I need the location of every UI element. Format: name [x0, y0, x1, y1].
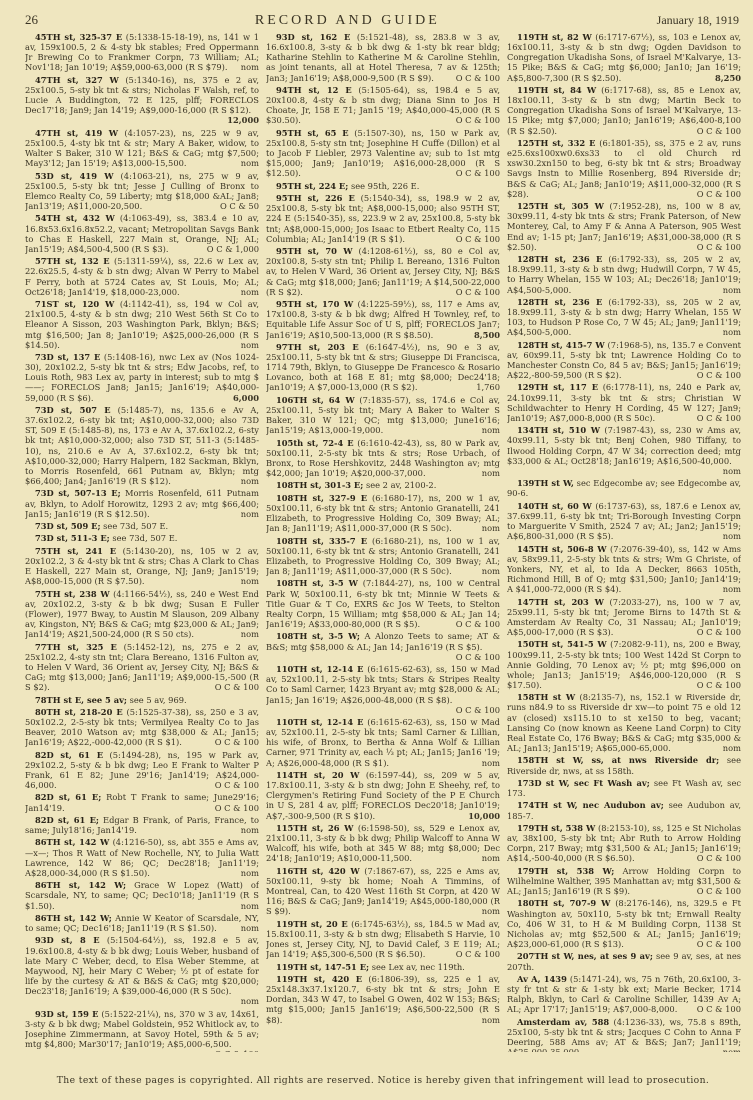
entry-details: see 73d, 507 E.: [101, 521, 169, 531]
conveyance-entry: 75TH st, 238 W (4:1166-54½), ss, 240 e W…: [25, 589, 259, 640]
entry-consideration: nom: [472, 566, 500, 576]
conveyance-entry: 73D st, 137 E (5:1408-16), nwc Lex av (N…: [25, 352, 259, 403]
entry-address: 97TH st, 203 E: [276, 342, 359, 352]
entry-details: see 73d, 507 E.: [110, 533, 178, 543]
conveyance-entry: 54TH st, 432 W (4:1063-49), ss, 383.4 e …: [25, 213, 259, 254]
entry-consideration: nom: [472, 425, 500, 435]
entry-address: 93D st, 8 E: [35, 935, 100, 945]
entry-address: 82D st, 61 E: [35, 750, 103, 760]
conveyance-entry: 128TH st, 236 E (6:1792-33), ss, 205 w 2…: [507, 297, 741, 338]
entry-address: 86TH st, 142 W;: [35, 880, 126, 890]
entry-consideration: O C & 100: [687, 242, 741, 252]
entry-address: 129TH st, 117 E: [517, 382, 598, 392]
conveyance-entry: Amsterdam av, 588 (4:1236-33), ws, 75.8 …: [507, 1017, 741, 1052]
conveyance-entry: 207TH st W, nes, at ses 9 av; see 9 av, …: [507, 951, 741, 971]
conveyance-entry: 82D st, 61 E; Robt T Frank to same; June…: [25, 792, 259, 812]
entry-address: 86TH st, 142 W;: [35, 913, 112, 923]
conveyance-entry: 110TH st, 12-14 E (6:1615-62-63), ss, 15…: [266, 717, 500, 768]
entry-consideration: nom: [231, 825, 259, 835]
entry-address: 93D st, 159 E: [35, 1009, 98, 1019]
entry-consideration: 1,760: [466, 382, 500, 392]
entry-address: 207TH st W, nes, at ses 9 av;: [517, 951, 653, 961]
entry-consideration: nom: [713, 584, 741, 594]
conveyance-entry: 57TH st, 132 E (5:1311-59¼), ss, 22.6 w …: [25, 256, 259, 297]
entry-consideration: nom: [713, 1047, 741, 1052]
conveyance-entry: 73D st, 507 E (5:1485-7), ns, 135.6 e Av…: [25, 405, 259, 486]
entry-consideration: nom: [231, 629, 259, 639]
conveyance-entry: 77TH st, 325 E (5:1452-12), ns, 275 e 2 …: [25, 642, 259, 693]
conveyance-entry: 145TH st, 506-8 W (7:2076-39-40), ss, 14…: [507, 544, 741, 595]
entry-address: 145TH st, 506-8 W: [517, 544, 607, 554]
conveyance-entry: 114TH st, 20 W (6:1597-44), ss, 209 w 5 …: [266, 770, 500, 821]
conveyance-entry: 125TH st, 332 E (6:1801-35), ss, 375 e 2…: [507, 138, 741, 199]
column-3: 119TH st, 82 W (6:1717-67½), ss, 103 e L…: [507, 32, 741, 1052]
entry-consideration: O C & 100: [446, 168, 500, 178]
entry-address: 134TH st, 510 W: [517, 425, 600, 435]
conveyance-entry: 108TH st, 3-5 W; A Alonzo Teets to same;…: [266, 631, 500, 661]
entry-address: 110TH st, 12-14 E: [276, 717, 364, 727]
conveyance-entry: 106TH st, 64 W (7:1835-57), ss, 174.6 e …: [266, 395, 500, 436]
entry-address: 47TH st, 327 W: [35, 75, 119, 85]
page-header: 26 RECORD AND GUIDE January 18, 1919: [25, 12, 739, 28]
entry-consideration: nom: [231, 509, 259, 519]
entry-consideration: nom: [713, 531, 741, 541]
entry-consideration: nom: [231, 996, 259, 1006]
entry-address: 78TH st E, see 5 av;: [35, 695, 127, 705]
entry-consideration: O C & 100: [687, 627, 741, 637]
conveyance-entry: 95TH st, 170 W (4:1225-59½), ss, 117 e A…: [266, 299, 500, 340]
entry-address: 95TH st, 226 E: [276, 193, 355, 203]
entry-details: (5:1485-7), ns, 135.6 e Av A, 37.6x102.2…: [25, 405, 259, 486]
entry-consideration: O C & 100: [687, 1004, 741, 1014]
entry-address: 108TH st, 301-3 E;: [276, 480, 363, 490]
conveyance-entry: 93D st, 159 E (5:1522-21¼), ns, 370 w 3 …: [25, 1009, 259, 1052]
entry-consideration: 8,250: [705, 73, 741, 83]
conveyance-entry: 119TH st, 147-51 E; see Lex av, nec 119t…: [266, 962, 500, 972]
conveyance-entry: 119TH st, 420 E (6:1806-39), ss, 225 e 1…: [266, 974, 500, 1025]
entry-address: 115TH st, 26 W: [276, 823, 353, 833]
entry-consideration: nom: [472, 1015, 500, 1025]
entry-consideration: O C & 100: [687, 189, 741, 199]
conveyance-entry: 134TH st, 510 W (7:1987-43), ss, 230 w A…: [507, 425, 741, 476]
entry-address: 95TH st, 224 E;: [276, 181, 348, 191]
conveyance-entry: 78TH st E, see 5 av; see 5 av, 969.: [25, 695, 259, 705]
entry-address: 105th st, 72-4 E: [276, 438, 354, 448]
entry-consideration: O C & 100: [446, 652, 500, 662]
conveyance-entry: 94TH st, 12 E (5:1505-64), ss, 198.4 e 5…: [266, 85, 500, 126]
entry-address: 128TH st, 236 E: [517, 297, 602, 307]
conveyance-entry: 129TH st, 117 E (6:1778-11), ns, 240 e P…: [507, 382, 741, 423]
conveyance-entry: 180TH st, 707-9 W (8:2176-146), ns, 329.…: [507, 898, 741, 949]
conveyance-entry: 73D st, 509 E; see 73d, 507 E.: [25, 521, 259, 531]
entry-details: see 5 av, 969.: [127, 695, 187, 705]
entry-consideration: O C & 100: [687, 413, 741, 423]
entry-consideration: O C & 100: [205, 803, 259, 813]
conveyance-entry: 47TH st, 327 W (5:1340-16), ns, 375 e 2 …: [25, 75, 259, 126]
entry-address: 119TH st, 82 W: [517, 32, 592, 42]
entry-address: 174TH st W, nec Audubon av;: [517, 800, 664, 810]
entry-address: 119TH st, 420 E: [276, 974, 362, 984]
entry-consideration: O C & 1,000: [197, 244, 259, 254]
entry-consideration: nom: [713, 327, 741, 337]
entry-address: Av A, 1439: [517, 974, 567, 984]
conveyance-entry: 93D st, 8 E (5:1504-64½), ss, 192.8 e 5 …: [25, 935, 259, 1006]
entry-consideration: 10,000: [458, 811, 500, 821]
conveyance-entry: 119TH st, 20 E (6:1745-63½), ss, 184.5 w…: [266, 919, 500, 960]
entry-consideration: O C & 100: [446, 619, 500, 629]
entry-consideration: 6,000: [223, 393, 259, 403]
conveyance-entry: Av A, 1439 (5:1471-24), ws, 75 n 76th, 2…: [507, 974, 741, 1015]
conveyance-entry: 173D st W, sec Ft Wash av; see Ft Wash a…: [507, 778, 741, 798]
page-number: 26: [25, 12, 38, 28]
entry-address: 108TH st, 3-5 W: [276, 578, 358, 588]
entry-consideration: nom: [231, 287, 259, 297]
issue-date: January 18, 1919: [657, 13, 739, 28]
entry-details: see Lex av, nec 119th.: [369, 962, 465, 972]
conveyance-entry: 95TH st, 226 E (5:1540-34), ss, 198.9 w …: [266, 193, 500, 244]
conveyance-entry: 139TH st W, sec Edgecombe av; see Edgeco…: [507, 478, 741, 498]
entry-details: see 2 av, 2100-2.: [363, 480, 436, 490]
conveyance-entry: 75TH st, 241 E (5:1430-20), ns, 105 w 2 …: [25, 546, 259, 587]
entry-consideration: O C & 100: [687, 126, 741, 136]
entry-address: 82D st, 61 E;: [35, 792, 101, 802]
conveyance-entry: 108TH st, 335-7 E (6:1680-21), ns, 100 w…: [266, 536, 500, 577]
entry-consideration: nom: [713, 743, 741, 753]
entry-address: 57TH st, 132 E: [35, 256, 110, 266]
conveyance-entry: 116TH st, 420 W (7:1867-67), ss, 225 e A…: [266, 866, 500, 917]
conveyance-entry: 97TH st, 203 E (6:1647-4½), ns, 90 e 3 a…: [266, 342, 500, 393]
conveyance-entry: 140TH st, 60 W (6:1737-63), ss, 187.6 e …: [507, 501, 741, 542]
entry-consideration: nom: [231, 923, 259, 933]
entry-address: 53D st, 419 W: [35, 171, 114, 181]
conveyance-entry: 108TH st, 301-3 E; see 2 av, 2100-2.: [266, 480, 500, 490]
conveyance-entry: 115TH st, 26 W (6:1598-50), ss, 529 e Le…: [266, 823, 500, 864]
conveyance-entry: 93D st, 162 E (5:1521-48), ss, 283.8 w 3…: [266, 32, 500, 83]
entry-address: 147TH st, 203 W: [517, 597, 604, 607]
entry-consideration: nom: [231, 340, 259, 350]
entry-consideration: O C & 100: [205, 1049, 259, 1052]
entry-address: 128TH st, 415-7 W: [517, 340, 605, 350]
conveyance-entry: 179TH st, 538 W (8:2153-10), ss, 125 e S…: [507, 823, 741, 864]
entry-address: 95TH st, 70 W: [276, 246, 353, 256]
conveyance-entry: 53D st, 419 W (4:1063-21), ns, 275 w 9 a…: [25, 171, 259, 212]
entry-consideration: nom: [472, 468, 500, 478]
entry-address: 179TH st, 538 W: [517, 823, 595, 833]
conveyance-entry: 95TH st, 224 E; see 95th, 226 E.: [266, 181, 500, 191]
conveyance-entry: 128TH st, 236 E (6:1792-33), ss, 205 w 2…: [507, 254, 741, 295]
conveyance-entry: 147TH st, 203 W (7:2033-27), ns, 100 w 7…: [507, 597, 741, 638]
entry-address: 158TH st W: [517, 692, 575, 702]
entry-address: 73D st, 509 E;: [35, 521, 101, 531]
entry-consideration: O C & 100: [205, 682, 259, 692]
entry-address: 80TH st, 218-20 E: [35, 707, 123, 717]
entry-address: 73D st, 507 E: [35, 405, 111, 415]
conveyance-entry: 150TH st, 541-5 W (7:2082-9-11), ns, 200…: [507, 639, 741, 690]
conveyance-entry: 110TH st, 12-14 E (6:1615-62-63), ss, 15…: [266, 664, 500, 715]
entry-address: 158TH st W, ss, at nws Riverside dr;: [517, 755, 719, 765]
column-2: 93D st, 162 E (5:1521-48), ss, 283.8 w 3…: [266, 32, 500, 1052]
copyright-notice: The text of these pages is copyrighted. …: [25, 1075, 741, 1086]
conveyance-entry: 128TH st, 415-7 W (7:1968-5), ns, 135.7 …: [507, 340, 741, 381]
entry-consideration: nom: [713, 285, 741, 295]
conveyance-entry: 45TH st, 325-37 E (5:1338-15-18-19), ns,…: [25, 32, 259, 73]
entry-consideration: O C & 50: [210, 201, 259, 211]
conveyance-entry: 95TH st, 65 E (5:1507-30), ns, 150 w Par…: [266, 128, 500, 179]
conveyance-entry: 47TH st, 419 W (4:1057-23), ns, 225 w 9 …: [25, 128, 259, 169]
entry-address: 114TH st, 20 W: [276, 770, 359, 780]
conveyance-entry: 73D st, 511-3 E; see 73d, 507 E.: [25, 533, 259, 543]
conveyance-entry: 71ST st, 120 W (4:1142-41), ss, 194 w Co…: [25, 299, 259, 350]
entry-consideration: O C & 100: [446, 115, 500, 125]
entry-consideration: O C & 100: [687, 370, 741, 380]
entry-address: 45TH st, 325-37 E: [35, 32, 122, 42]
entry-consideration: nom: [472, 853, 500, 863]
entry-address: 73D st, 511-3 E;: [35, 533, 110, 543]
entry-consideration: O C & 100: [687, 886, 741, 896]
entry-consideration: nom: [231, 901, 259, 911]
conveyance-entry: 179TH st, 538 W; Arrow Holding Corpn to …: [507, 866, 741, 896]
entry-consideration: nom: [231, 62, 259, 72]
conveyance-entry: 158TH st W (8:2135-7), ns, 152.1 w River…: [507, 692, 741, 753]
entry-address: 71ST st, 120 W: [35, 299, 114, 309]
entry-address: 54TH st, 432 W: [35, 213, 115, 223]
entry-address: 77TH st, 325 E: [35, 642, 117, 652]
entry-consideration: nom: [472, 523, 500, 533]
conveyance-entry: 86TH st, 142 W; Annie W Keator of Scarsd…: [25, 913, 259, 933]
entry-address: 75TH st, 241 E: [35, 546, 116, 556]
entry-address: 86TH st, 142 W: [35, 837, 109, 847]
entry-address: 119TH st, 84 W: [517, 85, 596, 95]
entry-address: 73D st, 137 E: [35, 352, 100, 362]
conveyance-entry: 174TH st W, nec Audubon av; see Audubon …: [507, 800, 741, 820]
entry-consideration: 12,000: [217, 115, 259, 125]
entry-address: 47TH st, 419 W: [35, 128, 118, 138]
entry-address: 125TH st, 332 E: [517, 138, 595, 148]
conveyance-entry: 119TH st, 82 W (6:1717-67½), ss, 103 e L…: [507, 32, 741, 83]
entry-consideration: O C & 100: [446, 234, 500, 244]
entry-consideration: O C & 100: [446, 73, 500, 83]
column-1: 45TH st, 325-37 E (5:1338-15-18-19), ns,…: [25, 32, 259, 1052]
entry-address: 108TH st, 3-5 W;: [276, 631, 360, 641]
conveyance-entry: 82D st, 61 E (5:1494-28), ns, 195 w Park…: [25, 750, 259, 791]
entry-consideration: O C & 100: [446, 705, 500, 715]
entry-consideration: O C & 100: [687, 680, 741, 690]
conveyance-entry: 82D st, 61 E; Edgar B Frank, of Paris, F…: [25, 815, 259, 835]
conveyance-entry: 80TH st, 218-20 E (5:1525-37-38), ss, 25…: [25, 707, 259, 748]
entry-address: 173D st W, sec Ft Wash av;: [517, 778, 650, 788]
entry-address: 116TH st, 420 W: [276, 866, 360, 876]
entry-consideration: nom: [231, 158, 259, 168]
entry-consideration: nom: [231, 476, 259, 486]
entry-consideration: O C & 100: [446, 287, 500, 297]
entry-address: 108TH st, 335-7 E: [276, 536, 367, 546]
entry-address: 140TH st, 60 W: [517, 501, 592, 511]
columns: 45TH st, 325-37 E (5:1338-15-18-19), ns,…: [25, 32, 741, 1052]
conveyance-entry: 125TH st, 305 W (7:1952-28), ns, 100 w 8…: [507, 201, 741, 252]
entry-consideration: nom: [472, 758, 500, 768]
entry-address: 95TH st, 65 E: [276, 128, 349, 138]
entry-consideration: nom: [472, 906, 500, 916]
entry-consideration: nom: [231, 576, 259, 586]
entry-address: 108TH st, 327-9 E: [276, 493, 367, 503]
entry-address: 180TH st, 707-9 W: [517, 898, 610, 908]
conveyance-entry: 105th st, 72-4 E (6:1610-42-43), ss, 80 …: [266, 438, 500, 479]
entry-address: 128TH st, 236 E: [517, 254, 602, 264]
conveyance-entry: 108TH st, 3-5 W (7:1844-27), ns, 100 w C…: [266, 578, 500, 629]
conveyance-entry: 86TH st, 142 W; Grace W Lopez (Watt) of …: [25, 880, 259, 910]
conveyance-entry: 108TH st, 327-9 E (6:1680-17), ns, 200 w…: [266, 493, 500, 534]
entry-consideration: 8,500: [464, 330, 500, 340]
entry-address: 119TH st, 20 E: [276, 919, 348, 929]
entry-address: 179TH st, 538 W;: [517, 866, 614, 876]
conveyance-entry: 95TH st, 70 W (4:1208-61½), ss, 80 e Col…: [266, 246, 500, 297]
entry-consideration: O C & 100: [446, 949, 500, 959]
entry-address: 139TH st W,: [517, 478, 574, 488]
conveyance-entry: 73D st, 507-13 E; Morris Rosenfeld, 611 …: [25, 488, 259, 518]
entry-consideration: O C & 100: [205, 737, 259, 747]
entry-address: 73D st, 507-13 E;: [35, 488, 121, 498]
entry-address: 95TH st, 170 W: [276, 299, 353, 309]
entry-address: 94TH st, 12 E: [276, 85, 352, 95]
conveyance-entry: 119TH st, 84 W (6:1717-68), ss, 85 e Len…: [507, 85, 741, 136]
entry-address: 110TH st, 12-14 E: [276, 664, 364, 674]
entry-details: see 95th, 226 E.: [348, 181, 419, 191]
conveyance-entry: 86TH st, 142 W (4:1216-50), ss, abt 355 …: [25, 837, 259, 878]
entry-address: 82D st, 61 E;: [35, 815, 99, 825]
publication-title: RECORD AND GUIDE: [255, 13, 440, 29]
entry-consideration: nom: [231, 868, 259, 878]
entry-consideration: nom: [713, 466, 741, 476]
conveyance-entry: 158TH st W, ss, at nws Riverside dr; see…: [507, 755, 741, 775]
entry-address: 150TH st, 541-5 W: [517, 639, 607, 649]
entry-address: Amsterdam av, 588: [517, 1017, 609, 1027]
entry-address: 75TH st, 238 W: [35, 589, 110, 599]
entry-consideration: O C & 100: [687, 853, 741, 863]
entry-address: 125TH st, 305 W: [517, 201, 604, 211]
entry-address: 106TH st, 64 W: [276, 395, 355, 405]
entry-address: 119TH st, 147-51 E;: [276, 962, 369, 972]
entry-consideration: O C & 100: [687, 939, 741, 949]
entry-address: 93D st, 162 E: [276, 32, 350, 42]
entry-consideration: O C & 100: [205, 780, 259, 790]
